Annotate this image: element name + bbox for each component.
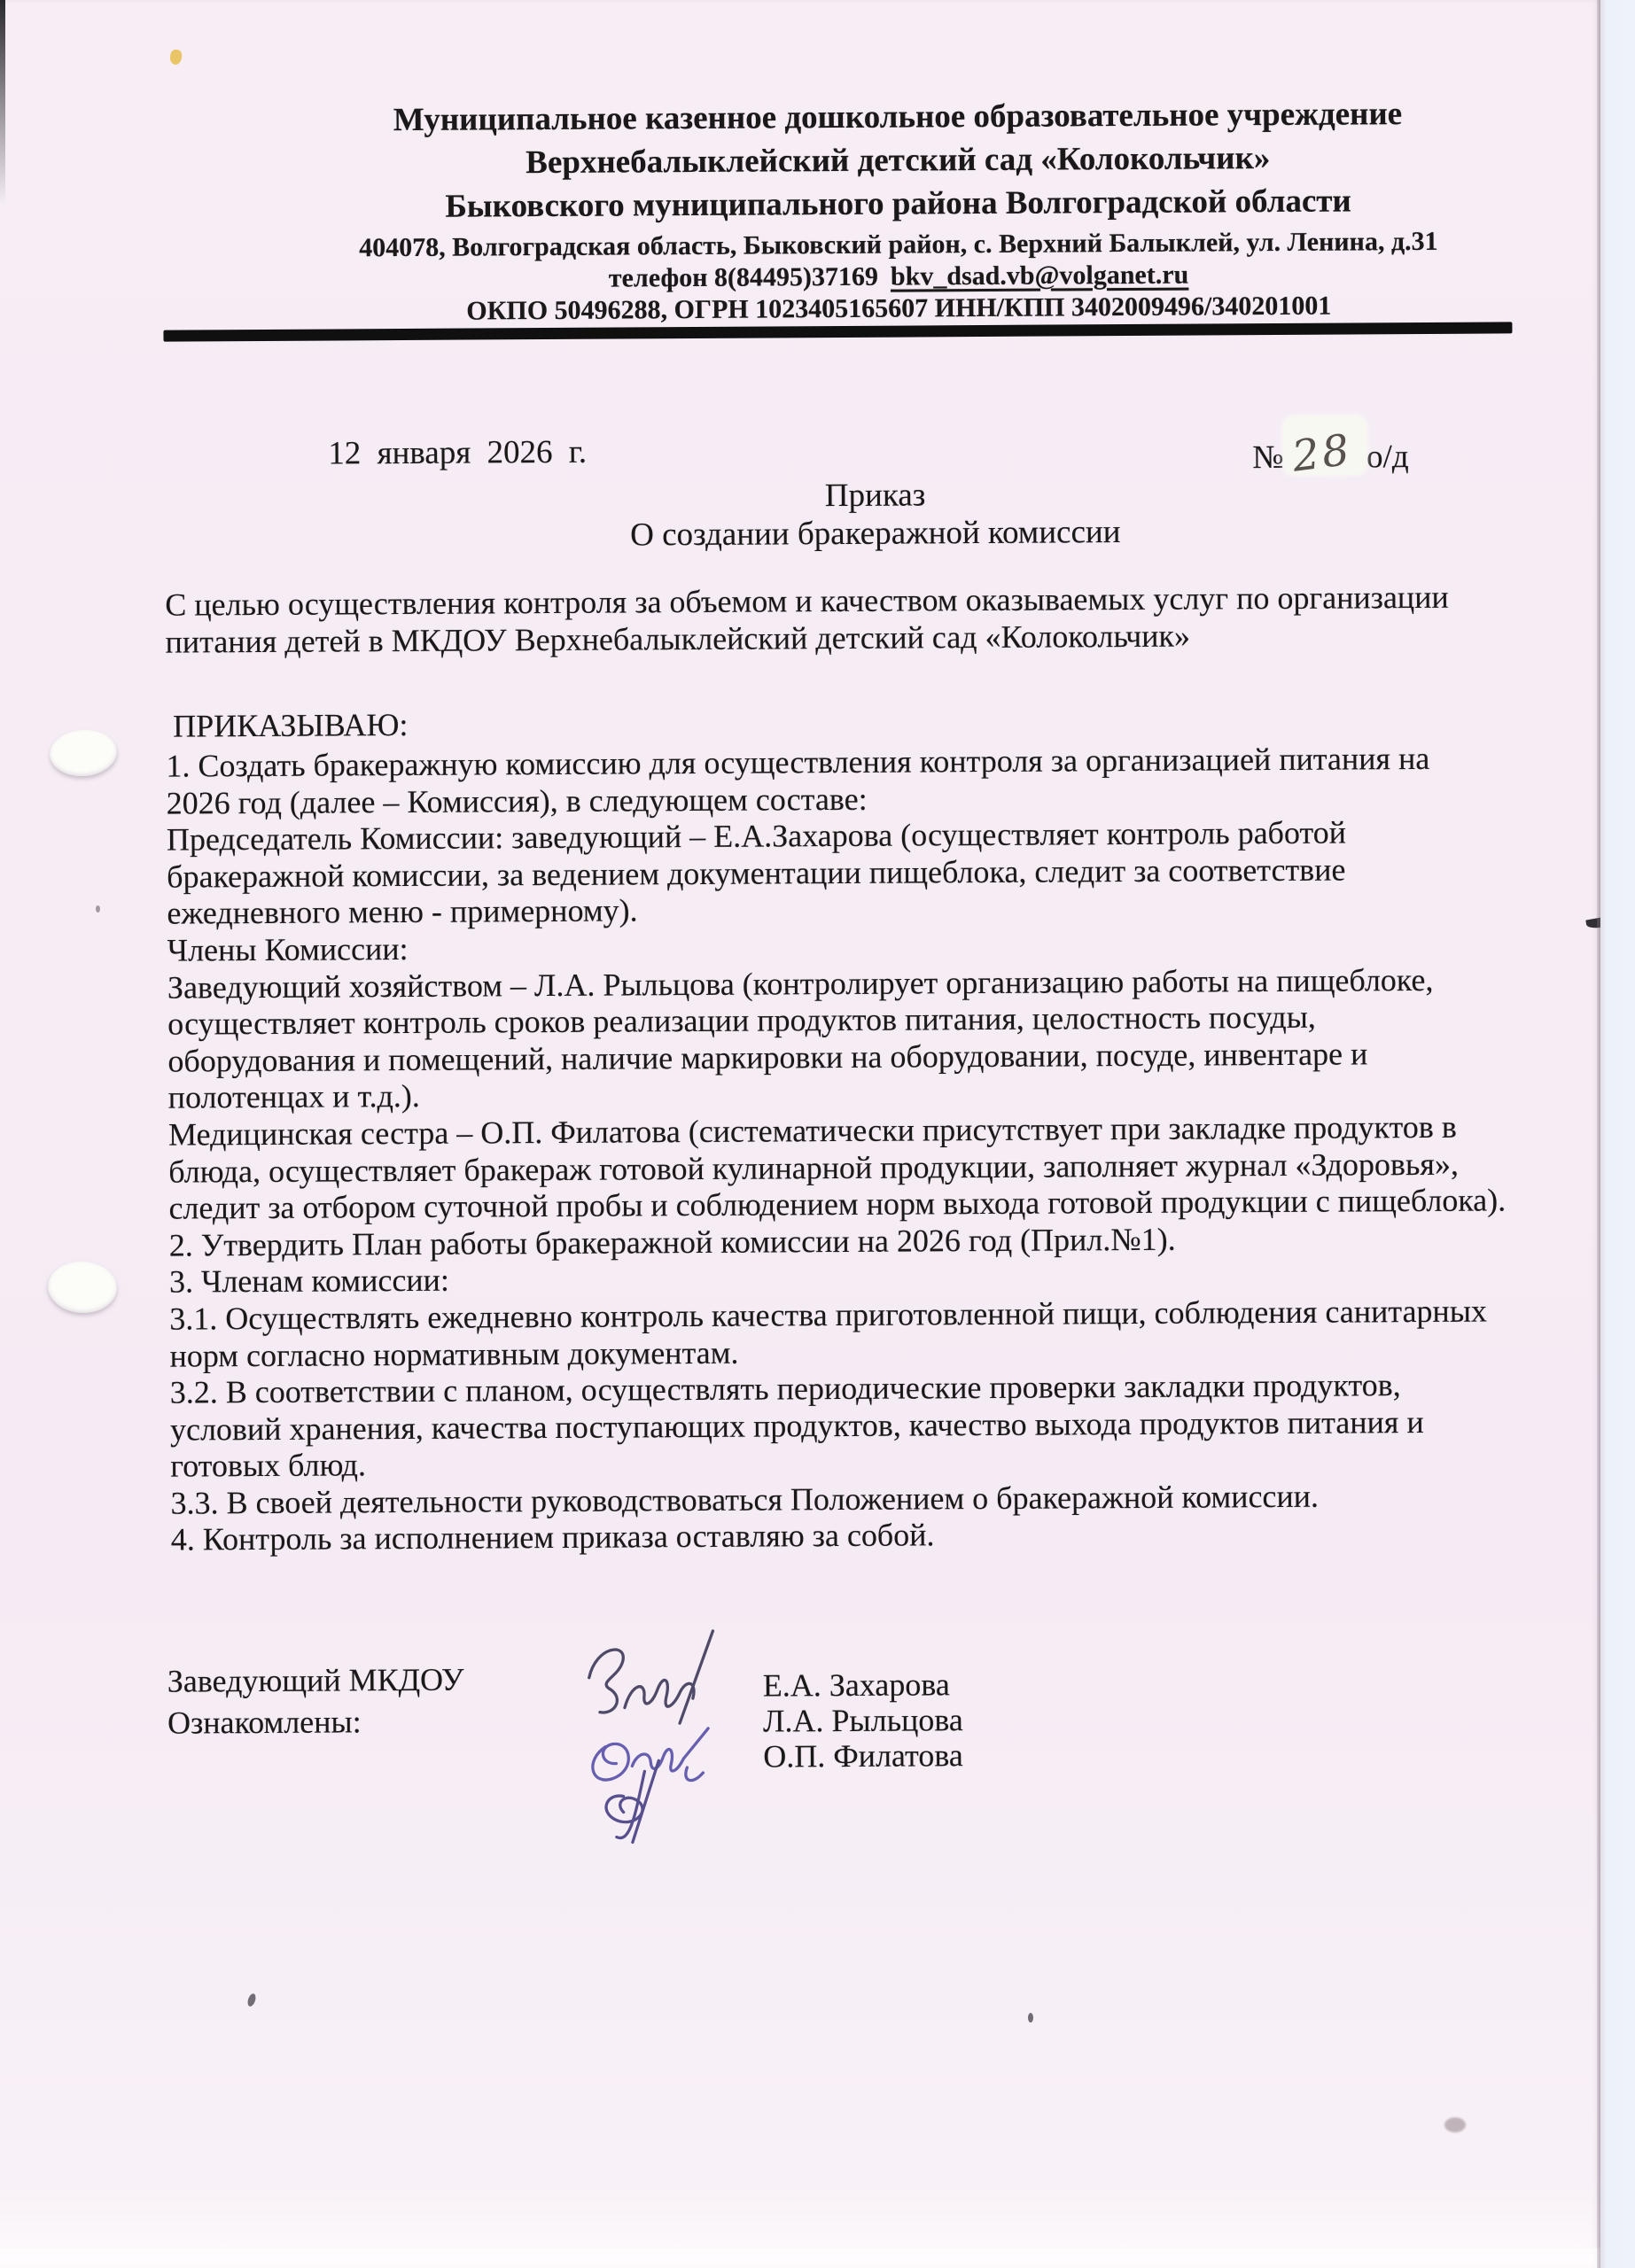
signer-name: Л.А. Рыльцова (763, 1702, 963, 1738)
signature-ink (572, 1625, 778, 1844)
order-date: 12 января 2026 г. (328, 433, 587, 473)
paper-speck (96, 905, 100, 913)
handwritten-number-wrap: 28 (1292, 428, 1351, 478)
signer-names: Е.А. Захарова Л.А. Рыльцова О.П. Филатов… (763, 1666, 964, 1774)
scanned-paper-sheet: Муниципальное казенное дошкольное образо… (0, 0, 1600, 2268)
org-email: bkv_dsad.vb@volganet.ru (891, 260, 1189, 291)
letterhead: Муниципальное казенное дошкольное образо… (206, 91, 1591, 330)
order-body: 1. Создать бракеражную комиссию для осущ… (166, 740, 1507, 1558)
paper-bottom-fold (0, 2249, 1635, 2268)
signer-name: Е.А. Захарова (763, 1666, 963, 1703)
signer-role-label: Заведующий МКДОУ (167, 1661, 464, 1700)
paper-speck (1028, 2013, 1033, 2023)
number-sign: № (1252, 439, 1284, 476)
scan-edge-shadow (0, 0, 5, 204)
org-name-line: Муниципальное казенное дошкольное образо… (206, 91, 1589, 144)
paper-smudge (1444, 2117, 1466, 2132)
intro-line: питания детей в МКДОУ Верхнебалыклейский… (165, 616, 1449, 660)
document-content: Муниципальное казенное дошкольное образо… (0, 0, 1608, 2268)
org-phone: телефон 8(84495)37169 (609, 262, 878, 293)
org-name-line: Быковского муниципального района Волгогр… (206, 178, 1589, 230)
order-number: №28-о/д (1252, 428, 1409, 478)
decree-word: ПРИКАЗЫВАЮ: (173, 706, 409, 745)
document-subtitle: О создании бракеражной комиссии (165, 510, 1563, 557)
signer-name: О.П. Филатова (763, 1737, 963, 1774)
body-line: 4. Контроль за исполнением приказа остав… (171, 1514, 1508, 1559)
acknowledged-label: Ознакомлены: (167, 1703, 362, 1741)
intro-line: С целью осуществления контроля за объемо… (165, 579, 1449, 624)
scanner-bed-background (1600, 0, 1635, 2268)
intro-paragraph: С целью осуществления контроля за объемо… (165, 579, 1449, 661)
